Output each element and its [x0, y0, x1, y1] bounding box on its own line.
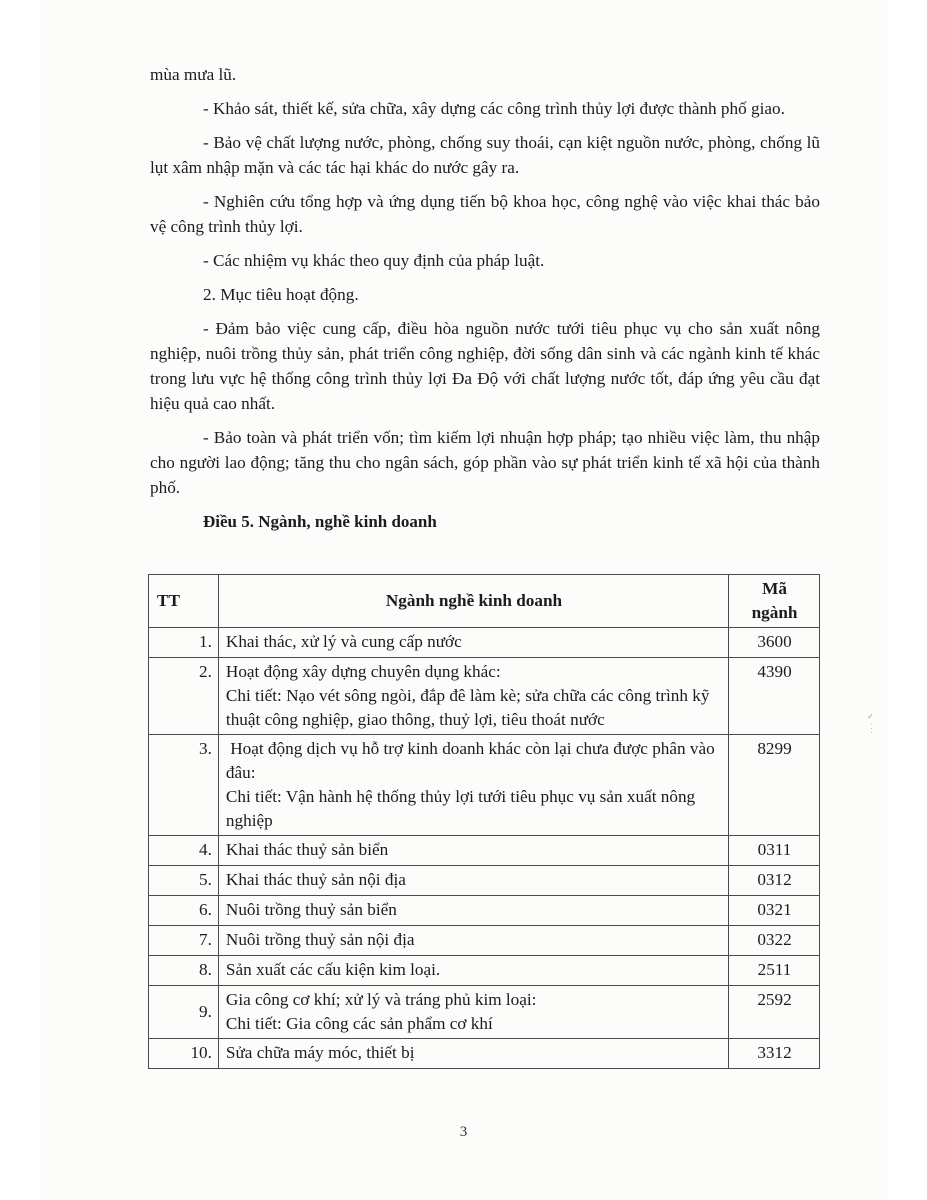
red-ink-mark: ✓ ˑ ˑ ˑ: [863, 712, 875, 782]
table-row: 3. Hoạt động dịch vụ hỗ trợ kinh doanh k…: [149, 735, 820, 836]
column-header-code-line2: ngành: [736, 601, 813, 625]
paragraph: - Đảm bảo việc cung cấp, điều hòa nguồn …: [150, 316, 820, 416]
business-line-text: Khai thác, xử lý và cung cấp nước: [226, 630, 722, 654]
cell-industry-code: 8299: [729, 735, 820, 836]
business-line-text: Chi tiết: Nạo vét sông ngòi, đắp đê làm …: [226, 684, 722, 732]
table-row: 6.Nuôi trồng thuỷ sản biển0321: [149, 896, 820, 926]
article-title: Điều 5. Ngành, nghề kinh doanh: [150, 509, 820, 534]
cell-business-line: Hoạt động dịch vụ hỗ trợ kinh doanh khác…: [218, 735, 728, 836]
section-heading: 2. Mục tiêu hoạt động.: [150, 282, 820, 307]
business-line-text: Khai thác thuỷ sản biển: [226, 838, 722, 862]
paragraph: mùa mưa lũ.: [150, 62, 820, 87]
cell-business-line: Khai thác thuỷ sản nội địa: [218, 866, 728, 896]
cell-tt: 10.: [149, 1039, 219, 1069]
paragraph: - Bảo toàn và phát triển vốn; tìm kiếm l…: [150, 425, 820, 500]
cell-business-line: Sản xuất các cấu kiện kim loại.: [218, 956, 728, 986]
table-row: 1.Khai thác, xử lý và cung cấp nước3600: [149, 628, 820, 658]
column-header-code: Mã ngành: [729, 575, 820, 628]
cell-business-line: Gia công cơ khí; xử lý và tráng phủ kim …: [218, 986, 728, 1039]
cell-tt: 5.: [149, 866, 219, 896]
cell-tt: 6.: [149, 896, 219, 926]
cell-industry-code: 0312: [729, 866, 820, 896]
cell-tt: 8.: [149, 956, 219, 986]
cell-industry-code: 2592: [729, 986, 820, 1039]
column-header-name: Ngành nghề kinh doanh: [218, 575, 728, 628]
business-line-text: Sản xuất các cấu kiện kim loại.: [226, 958, 722, 982]
cell-industry-code: 3312: [729, 1039, 820, 1069]
table-row: 10.Sửa chữa máy móc, thiết bị3312: [149, 1039, 820, 1069]
cell-business-line: Nuôi trồng thuỷ sản biển: [218, 896, 728, 926]
paragraph: - Các nhiệm vụ khác theo quy định của ph…: [150, 248, 820, 273]
table-body: 1.Khai thác, xử lý và cung cấp nước36002…: [149, 628, 820, 1069]
cell-industry-code: 3600: [729, 628, 820, 658]
table-row: 4.Khai thác thuỷ sản biển0311: [149, 836, 820, 866]
paragraph: - Nghiên cứu tổng hợp và ứng dụng tiến b…: [150, 189, 820, 239]
cell-business-line: Nuôi trồng thuỷ sản nội địa: [218, 926, 728, 956]
cell-industry-code: 4390: [729, 658, 820, 735]
column-header-code-line1: Mã: [736, 577, 813, 601]
cell-business-line: Khai thác, xử lý và cung cấp nước: [218, 628, 728, 658]
business-line-text: Gia công cơ khí; xử lý và tráng phủ kim …: [226, 988, 722, 1012]
cell-industry-code: 2511: [729, 956, 820, 986]
cell-business-line: Hoạt động xây dựng chuyên dụng khác:Chi …: [218, 658, 728, 735]
table-row: 8.Sản xuất các cấu kiện kim loại.2511: [149, 956, 820, 986]
business-line-text: Chi tiết: Vận hành hệ thống thủy lợi tướ…: [226, 785, 722, 833]
cell-tt: 7.: [149, 926, 219, 956]
column-header-tt: TT: [149, 575, 219, 628]
cell-industry-code: 0321: [729, 896, 820, 926]
table-header-row: TT Ngành nghề kinh doanh Mã ngành: [149, 575, 820, 628]
page-number: 3: [0, 1124, 927, 1141]
table-row: 7.Nuôi trồng thuỷ sản nội địa0322: [149, 926, 820, 956]
business-line-text: Hoạt động xây dựng chuyên dụng khác:: [226, 660, 722, 684]
paragraph: - Bảo vệ chất lượng nước, phòng, chống s…: [150, 130, 820, 180]
business-line-text: Hoạt động dịch vụ hỗ trợ kinh doanh khác…: [226, 737, 722, 785]
cell-business-line: Khai thác thuỷ sản biển: [218, 836, 728, 866]
cell-business-line: Sửa chữa máy móc, thiết bị: [218, 1039, 728, 1069]
business-line-text: Sửa chữa máy móc, thiết bị: [226, 1041, 722, 1065]
cell-tt: 4.: [149, 836, 219, 866]
business-line-text: Chi tiết: Gia công các sản phẩm cơ khí: [226, 1012, 722, 1036]
cell-tt: 3.: [149, 735, 219, 836]
table-row: 2.Hoạt động xây dựng chuyên dụng khác:Ch…: [149, 658, 820, 735]
cell-tt: 2.: [149, 658, 219, 735]
table-row: 9.Gia công cơ khí; xử lý và tráng phủ ki…: [149, 986, 820, 1039]
cell-industry-code: 0322: [729, 926, 820, 956]
business-lines-table: TT Ngành nghề kinh doanh Mã ngành 1.Khai…: [148, 574, 820, 1069]
business-line-text: Nuôi trồng thuỷ sản nội địa: [226, 928, 722, 952]
table-row: 5.Khai thác thuỷ sản nội địa0312: [149, 866, 820, 896]
paragraph: - Khảo sát, thiết kế, sửa chữa, xây dựng…: [150, 96, 820, 121]
cell-industry-code: 0311: [729, 836, 820, 866]
cell-tt: 1.: [149, 628, 219, 658]
cell-tt: 9.: [149, 986, 219, 1039]
body-text: mùa mưa lũ. - Khảo sát, thiết kế, sửa ch…: [150, 62, 820, 534]
business-line-text: Nuôi trồng thuỷ sản biển: [226, 898, 722, 922]
business-line-text: Khai thác thuỷ sản nội địa: [226, 868, 722, 892]
